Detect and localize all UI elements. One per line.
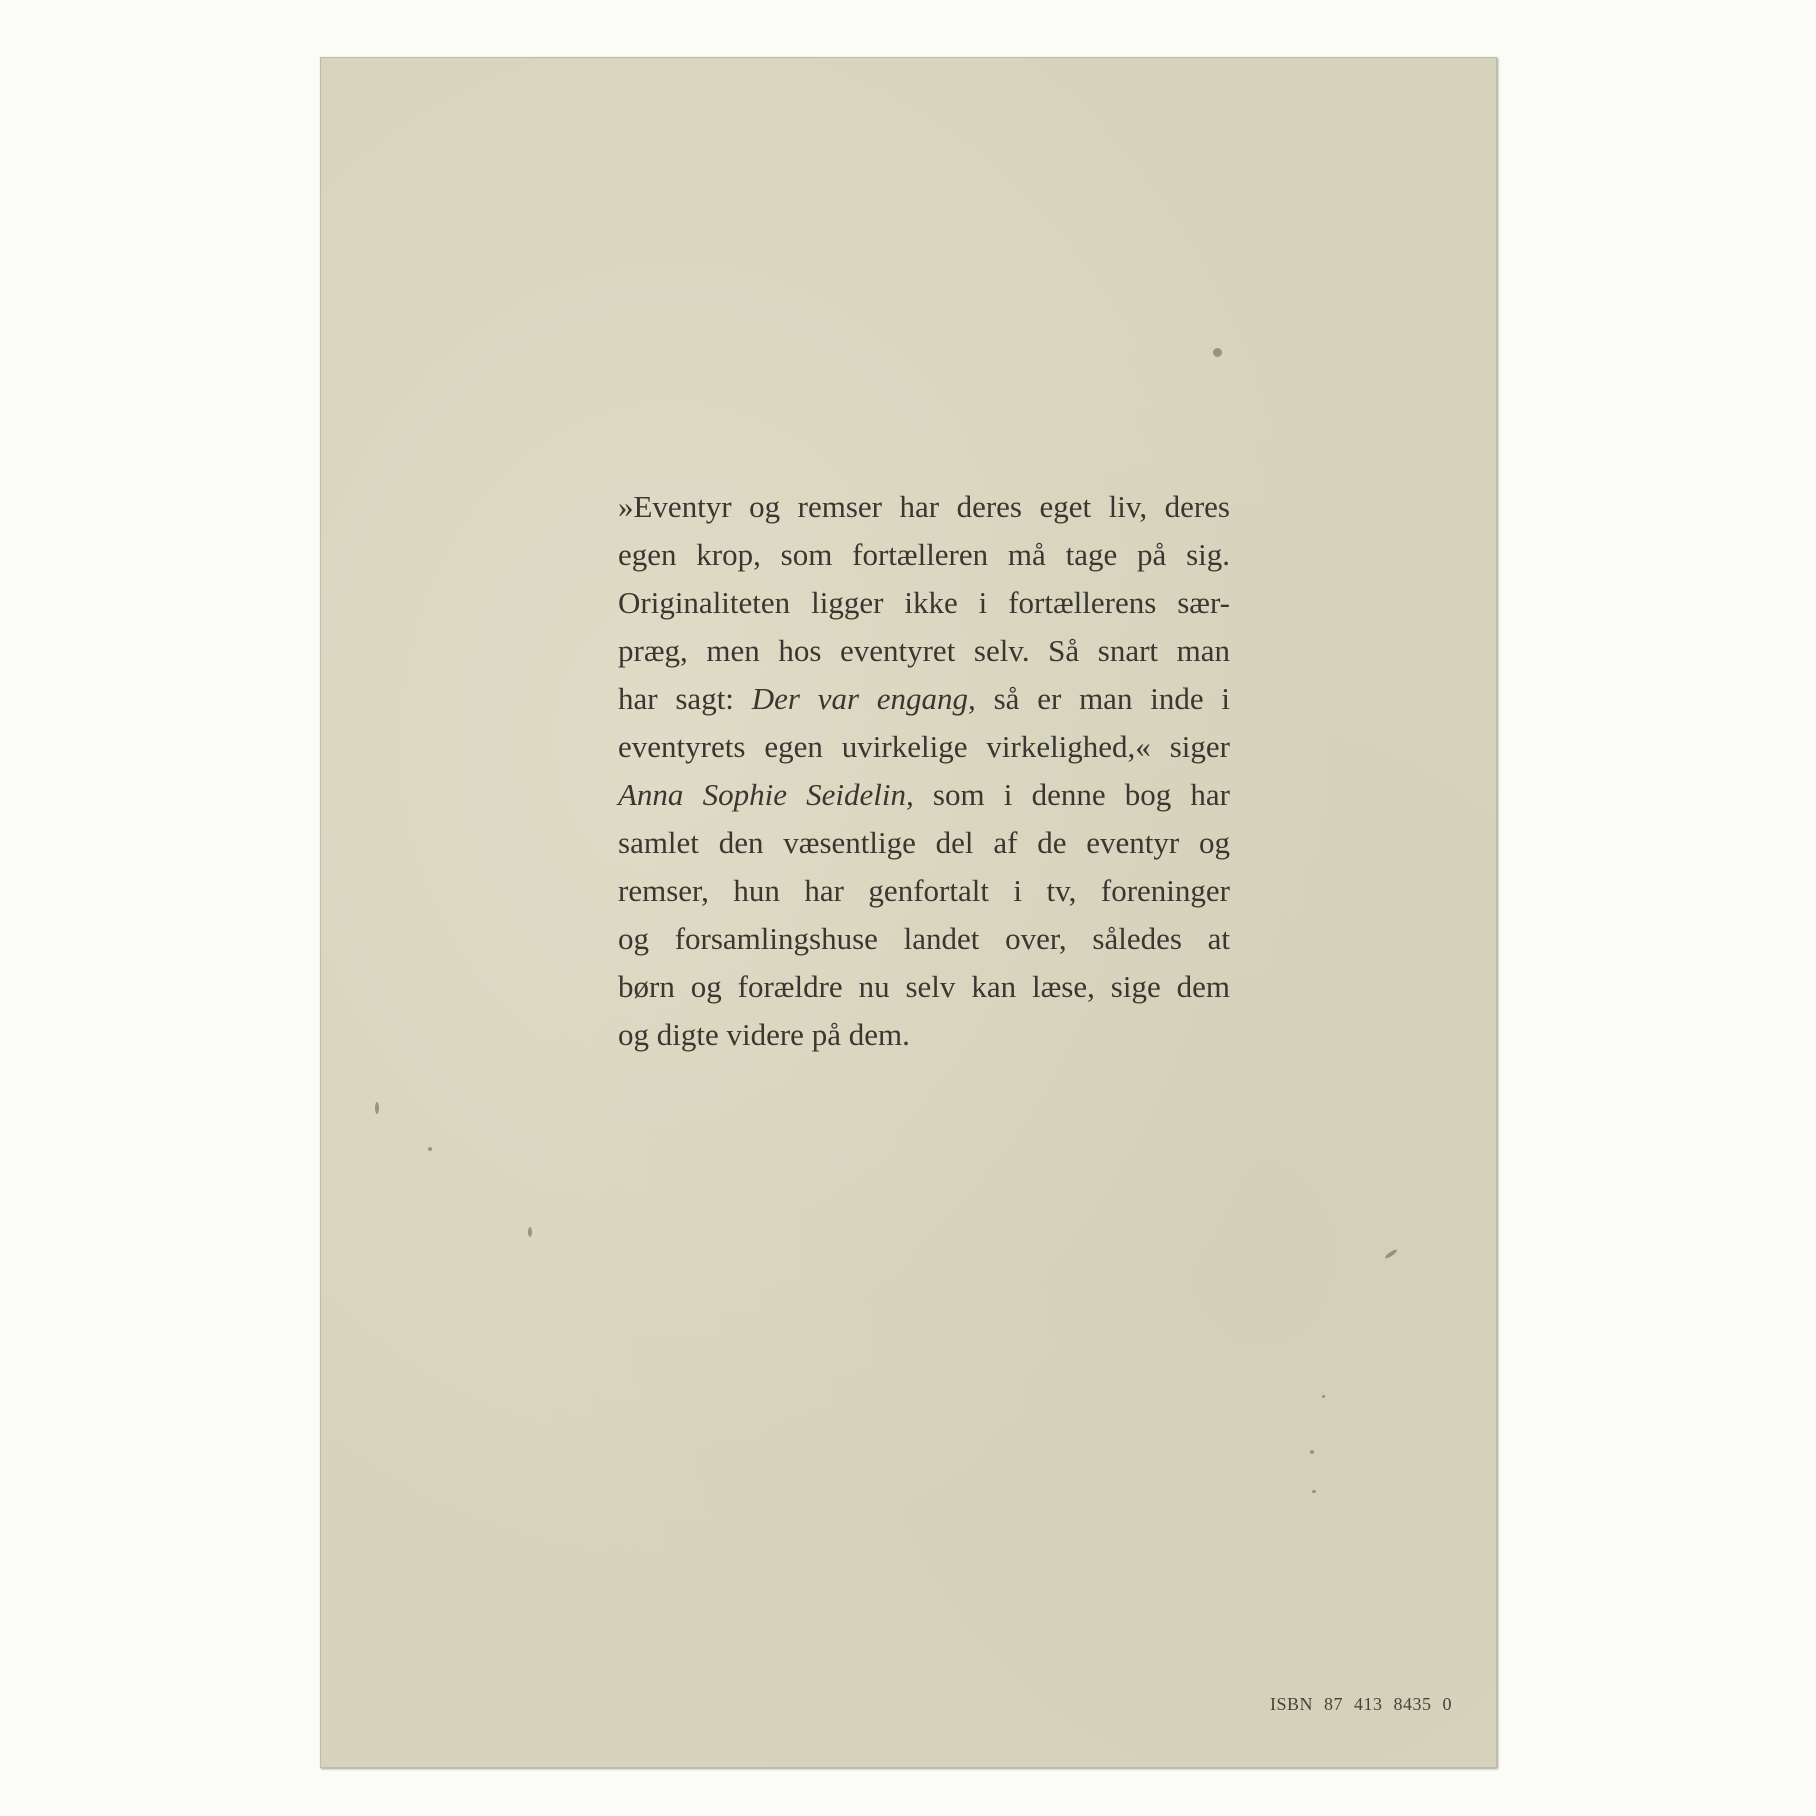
blurb-text: »Eventyr og remser har deres eget liv, d… [618,483,1230,1059]
wear-speck [1384,1248,1398,1259]
blurb-line: samlet den væsentlige del af de eventyr … [618,819,1230,867]
blurb-line: Originaliteten ligger ikke i fortælleren… [618,579,1230,627]
blurb-line: remser, hun har genfortalt i tv, forenin… [618,867,1230,915]
isbn-label: ISBN 87 413 8435 0 [1270,1694,1452,1715]
wear-speck [1310,1450,1314,1454]
book-back-cover: »Eventyr og remser har deres eget liv, d… [320,57,1497,1768]
blurb-line: præg, men hos eventyret selv. Så snart m… [618,627,1230,675]
blurb-line: børn og forældre nu selv kan læse, sige … [618,963,1230,1011]
blurb-line: Anna Sophie Seidelin, som i denne bog ha… [618,771,1230,819]
wear-speck [528,1227,532,1237]
blurb-line: egen krop, som fortælleren må tage på si… [618,531,1230,579]
blurb-line: har sagt: Der var engang, så er man inde… [618,675,1230,723]
wear-speck [428,1147,432,1151]
author-name: Anna Sophie Seidelin, [618,777,914,812]
blurb-line: »Eventyr og remser har deres eget liv, d… [618,483,1230,531]
wear-speck [1213,348,1222,357]
wear-speck [1312,1490,1316,1493]
blurb-line: eventyrets egen uvirkelige virkelighed,«… [618,723,1230,771]
blurb-line: og digte videre på dem. [618,1011,1230,1059]
photo-background: »Eventyr og remser har deres eget liv, d… [0,0,1816,1816]
wear-speck [375,1102,379,1114]
blurb-line: og forsamlingshuse landet over, således … [618,915,1230,963]
book-title-quote: Der var engang, [752,681,976,716]
wear-speck [1322,1395,1325,1398]
